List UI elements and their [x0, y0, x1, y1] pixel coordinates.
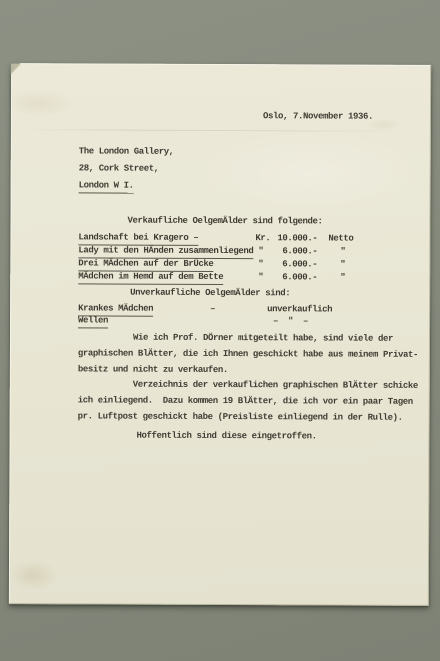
painting-title: Landschaft bei Kragero – — [78, 232, 198, 246]
letter-page: Oslo, 7.November 1936. The London Galler… — [9, 63, 431, 606]
availability-note: – " – — [273, 316, 308, 327]
folded-corner — [10, 62, 21, 74]
date-line: Oslo, 7.November 1936. — [263, 111, 373, 122]
paragraph-line: graphischen BlÄtter, die ich Ihnen gesch… — [10, 348, 430, 363]
closing-row: Hoffentlich sind diese eingetroffen. — [10, 430, 430, 445]
paragraph-line: Verzeichnis der verkauflichen graphische… — [10, 379, 430, 394]
body-text: pr. Luftpost geschickt habe (Preisliste … — [78, 411, 403, 423]
body-text: graphischen BlÄtter, die ich Ihnen gesch… — [78, 348, 418, 360]
price-amount: 6.000.- — [255, 246, 317, 257]
price-amount: 10.000.- — [255, 233, 317, 244]
recipient-row: The London Gallery, — [11, 146, 431, 161]
painting-title: MÄdchen im Hemd auf dem Bette — [78, 271, 223, 285]
price-note: Netto — [328, 233, 353, 244]
dash: – — [210, 304, 215, 315]
date-row: Oslo, 7.November 1936. — [11, 110, 431, 125]
section-heading-row: Verkaufliche OelgemÄlder sind folgende: — [10, 215, 430, 230]
price-note: " — [340, 247, 345, 258]
paragraph-line: ich einliegend. Dazu kommen 19 BlÄtter, … — [10, 395, 430, 410]
body-text: Verzeichnis der verkauflichen graphische… — [133, 380, 418, 392]
painting-title: Lady mit den HÄnden zusammenliegend — [78, 245, 253, 259]
closing-line: Hoffentlich sind diese eingetroffen. — [137, 431, 317, 443]
price-amount: 6.000.- — [255, 272, 317, 283]
section-heading-for-sale: Verkaufliche OelgemÄlder sind folgende: — [127, 216, 322, 228]
paragraph-line: pr. Luftpost geschickt habe (Preisliste … — [10, 411, 430, 426]
recipient-row: 28, Cork Street, — [11, 163, 431, 178]
painting-title: Wellen — [78, 315, 108, 328]
paragraph-line: besitz und nicht zu verkaufen. — [10, 364, 430, 379]
recipient-row: London W I. — [11, 180, 431, 195]
painting-title: Drei MÄdchen auf der BrÜcke — [78, 258, 213, 272]
body-text: Wie ich Prof. DÖrner mitgeteilt habe, si… — [133, 333, 393, 345]
recipient-street: 28, Cork Street, — [79, 163, 159, 174]
unsellable-row: Wellen – " – — [10, 315, 430, 330]
section-heading-not-for-sale: Unverkaufliche OelgemÄlder sind: — [130, 288, 290, 300]
recipient-name: The London Gallery, — [79, 146, 174, 157]
section-heading-row: Unverkaufliche OelgemÄlder sind: — [10, 287, 430, 302]
sale-row: MÄdchen im Hemd auf dem Bette " 6.000.- … — [10, 271, 430, 286]
price-note: " — [340, 260, 345, 271]
availability-note: unverkauflich — [267, 304, 332, 315]
body-text: besitz und nicht zu verkaufen. — [78, 364, 228, 376]
price-note: " — [340, 273, 345, 284]
scan-background: Oslo, 7.November 1936. The London Galler… — [0, 0, 440, 661]
body-text: ich einliegend. Dazu kommen 19 BlÄtter, … — [78, 395, 413, 407]
price-amount: 6.000.- — [255, 259, 317, 270]
recipient-city: London W I. — [79, 180, 134, 193]
paragraph-line: Wie ich Prof. DÖrner mitgeteilt habe, si… — [10, 332, 430, 347]
